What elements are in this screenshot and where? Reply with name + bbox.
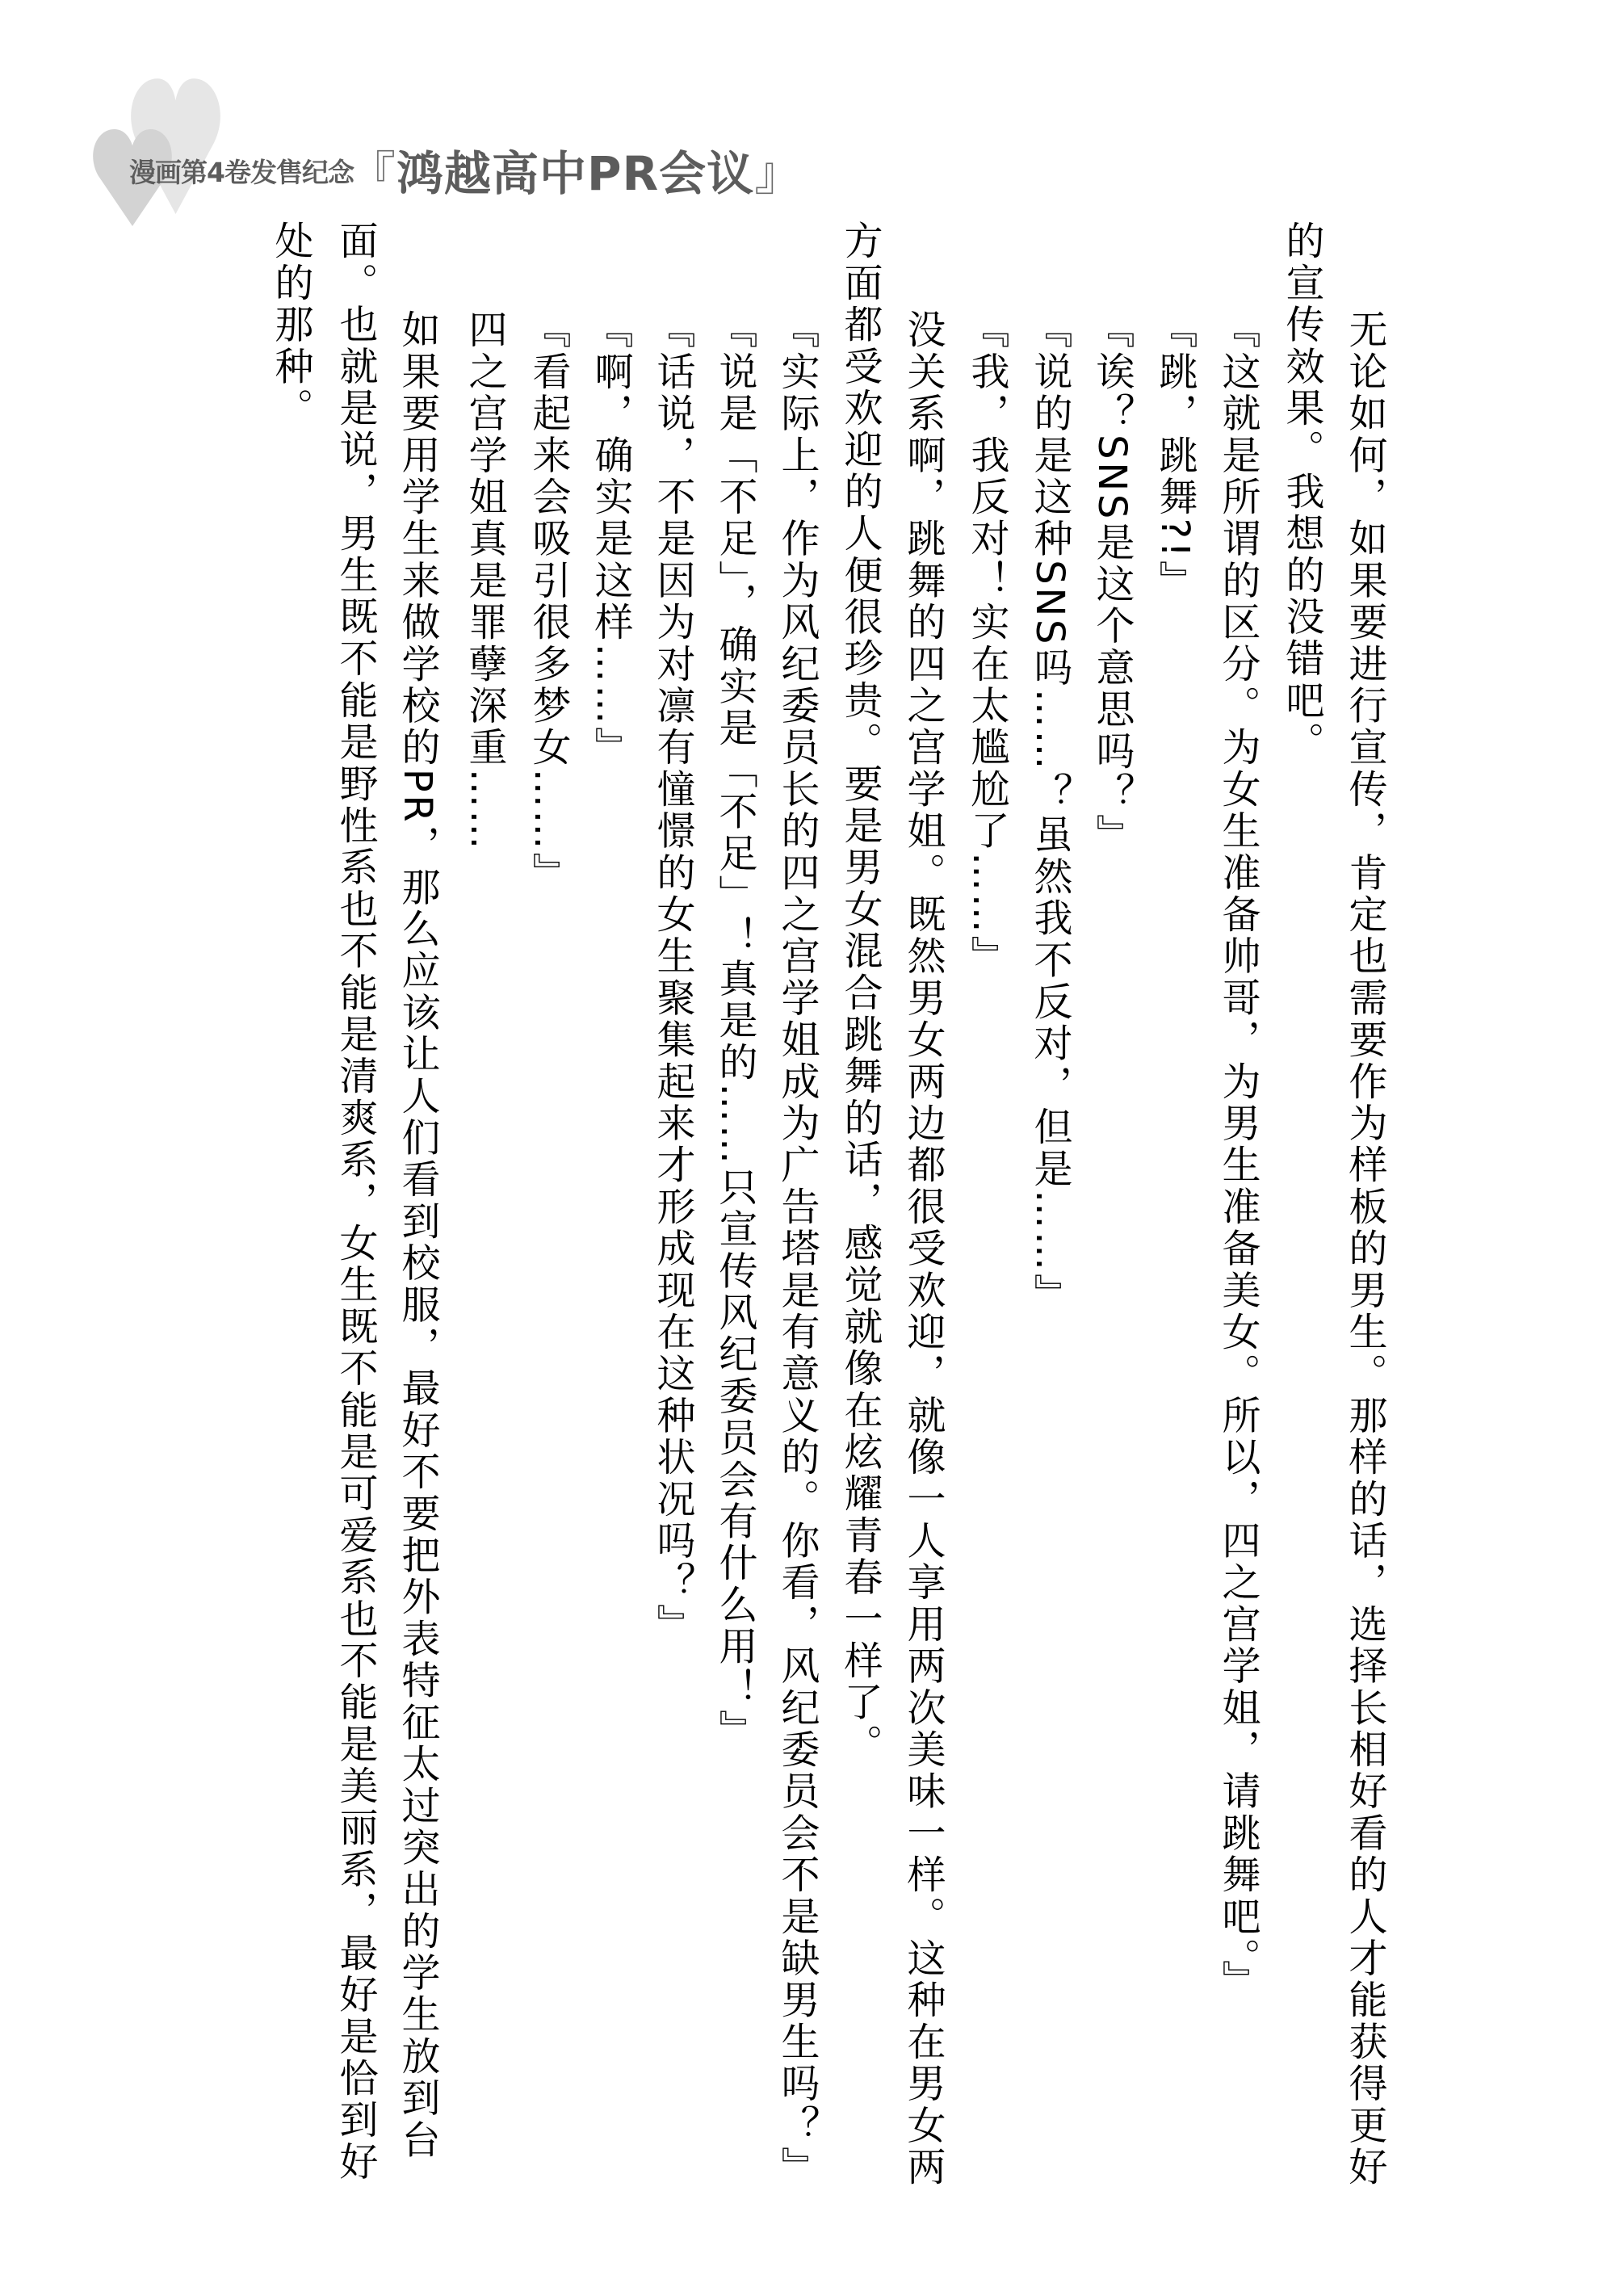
text-column: 的宣传效果。我想的没错吧。: [1277, 220, 1326, 763]
text-column: 无论如何，如果要进行宣传，肯定也需要作为样板的男生。那样的话，选择长相好看的人才…: [1340, 220, 1389, 2189]
page-header: 漫画第4卷发售纪念 『鸿越高中PR会议』: [0, 0, 807, 242]
text-column: 『我，我反对！实在太尴尬了……』: [963, 220, 1011, 977]
title-close-bracket: 』: [754, 146, 802, 201]
title-text: 鸿越高中PR会议: [396, 146, 754, 201]
text-column: 四之宫学姐真是罪孽深重……: [460, 220, 509, 852]
title-open-bracket: 『: [349, 146, 396, 201]
page-title: 『鸿越高中PR会议』: [349, 136, 802, 204]
text-column: 面。也就是说，男生既不能是野性系也不能是清爽系，女生既不能是可爱系也不能是美丽系…: [331, 220, 380, 2183]
text-column: 『跳，跳舞?!』: [1151, 220, 1199, 602]
text-column: 『话说，不是因为对凛有憧憬的女生聚集起来才形成现在这种状况吗？』: [648, 220, 697, 1645]
text-column: 没关系啊，跳舞的四之宫学姐。既然男女两边都很受欢迎，就像一人享用两次美味一样。这…: [899, 220, 947, 2189]
text-column: 『啊，确实是这样……』: [586, 220, 635, 769]
subtitle: 漫画第4卷发售纪念: [129, 152, 354, 190]
text-column: 处的那种。: [266, 220, 315, 430]
text-column: 『这就是所谓的区分。为女生准备帅哥，为男生准备美女。所以，四之宫学姐，请跳舞吧。…: [1214, 220, 1262, 2002]
text-column: 『看起来会吸引很多梦女……』: [524, 220, 573, 894]
text-column: 『诶？SNS是这个意思吗？』: [1088, 220, 1136, 856]
text-column: 『说的是这种SNS吗……？虽然我不反对，但是……』: [1026, 220, 1074, 1315]
text-column: 如果要用学生来做学校的PR，那么应该让人们看到校服，最好不要把外表特征太过突出的…: [393, 220, 442, 2161]
text-column: 方面都受欢迎的人便很珍贵。要是男女混合跳舞的话，感觉就像在炫耀青春一样了。: [836, 220, 884, 1765]
text-column: 『说是「不足」，确实是「不足」！真是的……只宣传风纪委员会有什么用！』: [711, 220, 759, 1752]
text-column: 『实际上，作为风纪委员长的四之宫学姐成为广告塔是有意义的。你看，风纪委员会不是缺…: [773, 220, 821, 2189]
